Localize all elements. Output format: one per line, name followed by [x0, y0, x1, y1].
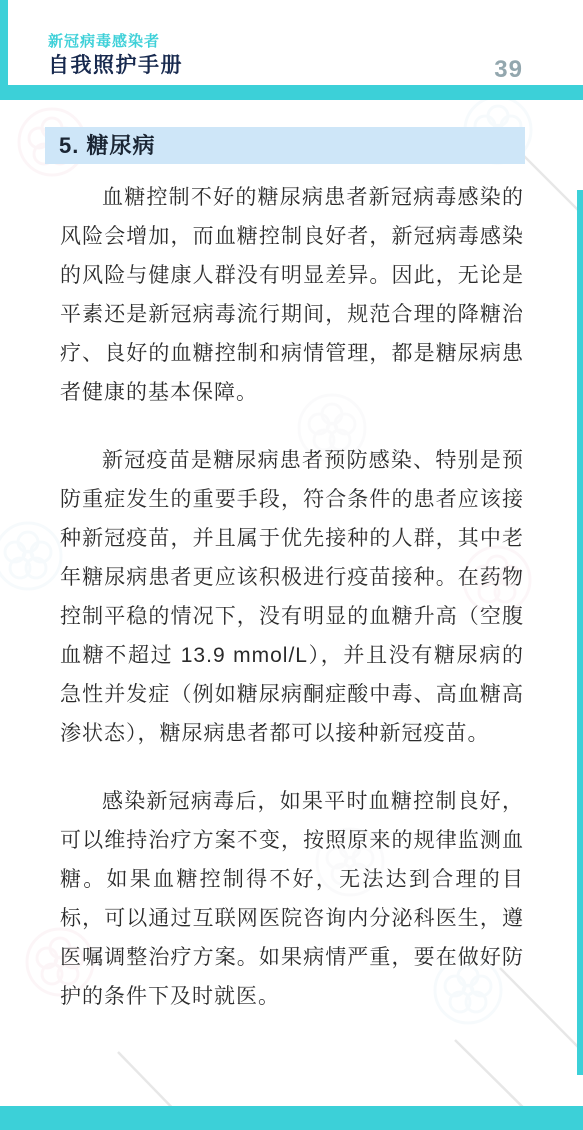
- right-edge-accent-bar: [577, 190, 583, 1075]
- handbook-page: 新冠病毒感染者 自我照护手册 39 5. 糖尿病 血糖控制不好的糖尿病患者新冠病…: [0, 0, 583, 1130]
- paragraph: 血糖控制不好的糖尿病患者新冠病毒感染的风险会增加，而血糖控制良好者，新冠病毒感染…: [60, 178, 524, 412]
- header-divider-bar: [0, 85, 583, 100]
- flower-watermark-icon: [0, 523, 61, 589]
- bottom-accent-bar: [0, 1106, 583, 1130]
- paragraph: 新冠疫苗是糖尿病患者预防感染、特别是预防重症发生的重要手段，符合条件的患者应该接…: [60, 441, 524, 753]
- section-heading: 5. 糖尿病: [45, 127, 525, 164]
- book-title: 自我照护手册: [48, 52, 535, 80]
- page-number: 39: [494, 56, 523, 84]
- page-header: 新冠病毒感染者 自我照护手册 39: [48, 32, 535, 84]
- body-content: 血糖控制不好的糖尿病患者新冠病毒感染的风险会增加，而血糖控制良好者，新冠病毒感染…: [60, 178, 524, 1045]
- series-title: 新冠病毒感染者: [48, 32, 535, 52]
- paragraph: 感染新冠病毒后，如果平时血糖控制良好，可以维持治疗方案不变，按照原来的规律监测血…: [60, 782, 524, 1016]
